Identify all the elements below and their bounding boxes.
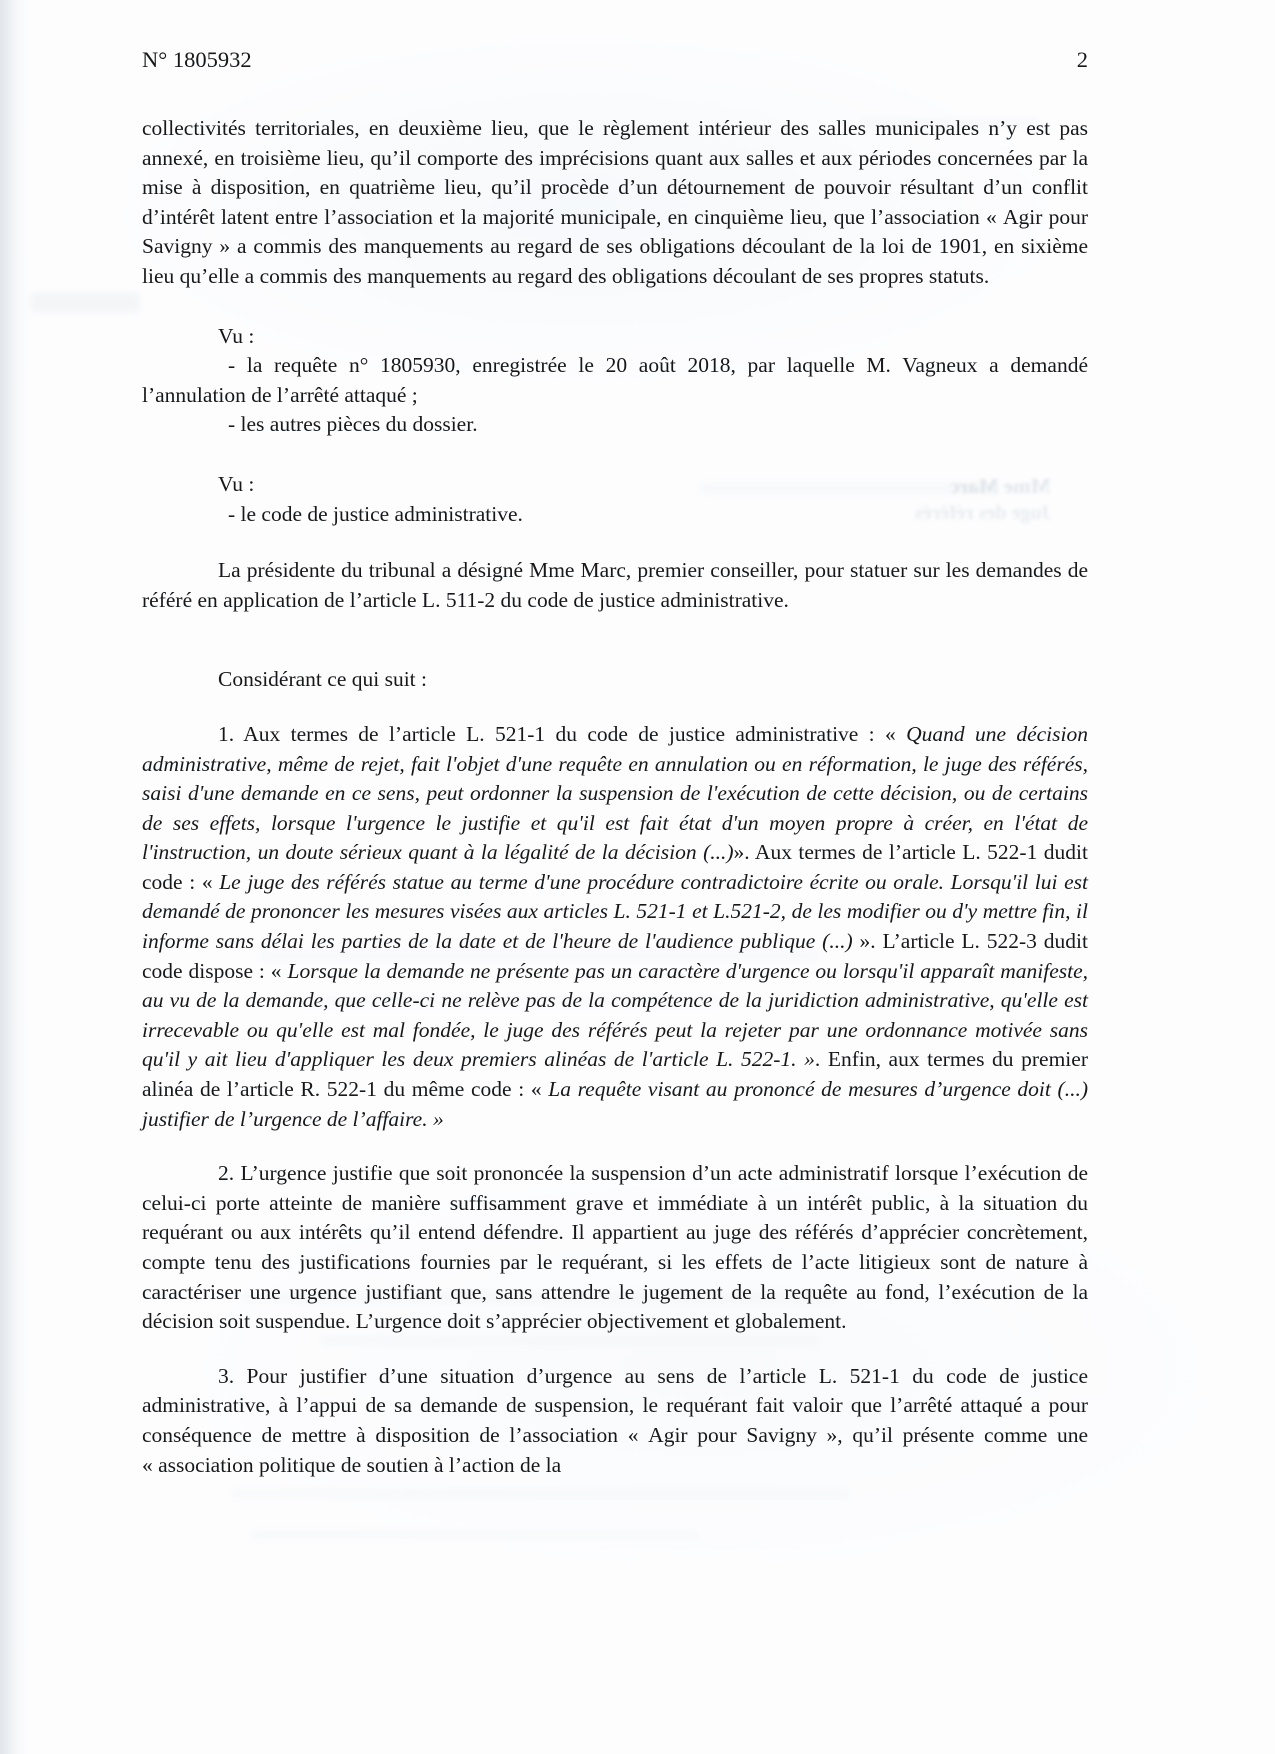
text-run: Vu : [218,324,254,348]
bleed-through-smudge [30,292,140,313]
text-block-item: - la requête n° 1805930, enregistrée le … [142,351,1088,410]
text-block-item: - le code de justice administrative. [142,500,1088,530]
text-block-numbered: 3. Pour justifier d’une situation d’urge… [142,1362,1088,1480]
text-run: 3. Pour justifier d’une situation d’urge… [142,1364,1088,1477]
text-run: - les autres pièces du dossier. [228,412,478,436]
document-body: collectivités territoriales, en deuxième… [142,114,1088,1480]
case-number: N° 1805932 [142,46,252,74]
scanned-document-page: Mme MarcJuge des référés N° 1805932 2 co… [0,0,1275,1754]
text-block-continuation: collectivités territoriales, en deuxième… [142,114,1088,292]
text-run: Vu : [218,472,254,496]
text-block-considerant: Considérant ce qui suit : [142,665,1088,695]
text-run: - le code de justice administrative. [228,502,523,526]
text-block-item: - les autres pièces du dossier. [142,410,1088,440]
text-run: collectivités territoriales, en deuxième… [142,116,1088,288]
text-block-paragraph: La présidente du tribunal a désigné Mme … [142,556,1088,615]
bleed-through-smudge [230,1488,850,1499]
text-run: 2. L’urgence justifie que soit prononcée… [142,1161,1088,1333]
text-block-vu: Vu : [142,322,1088,352]
text-run: Considérant ce qui suit : [218,667,427,691]
document-header: N° 1805932 2 [142,46,1088,74]
text-block-numbered: 1. Aux termes de l’article L. 521-1 du c… [142,720,1088,1134]
text-run: - la requête n° 1805930, enregistrée le … [142,353,1088,407]
text-block-numbered: 2. L’urgence justifie que soit prononcée… [142,1159,1088,1337]
page-number: 2 [1077,46,1088,74]
text-block-vu: Vu : [142,470,1088,500]
text-run: La présidente du tribunal a désigné Mme … [142,558,1088,612]
bleed-through-smudge [250,1530,700,1540]
scan-edge-shadow [0,0,30,1754]
text-run: 1. Aux termes de l’article L. 521-1 du c… [218,722,906,746]
